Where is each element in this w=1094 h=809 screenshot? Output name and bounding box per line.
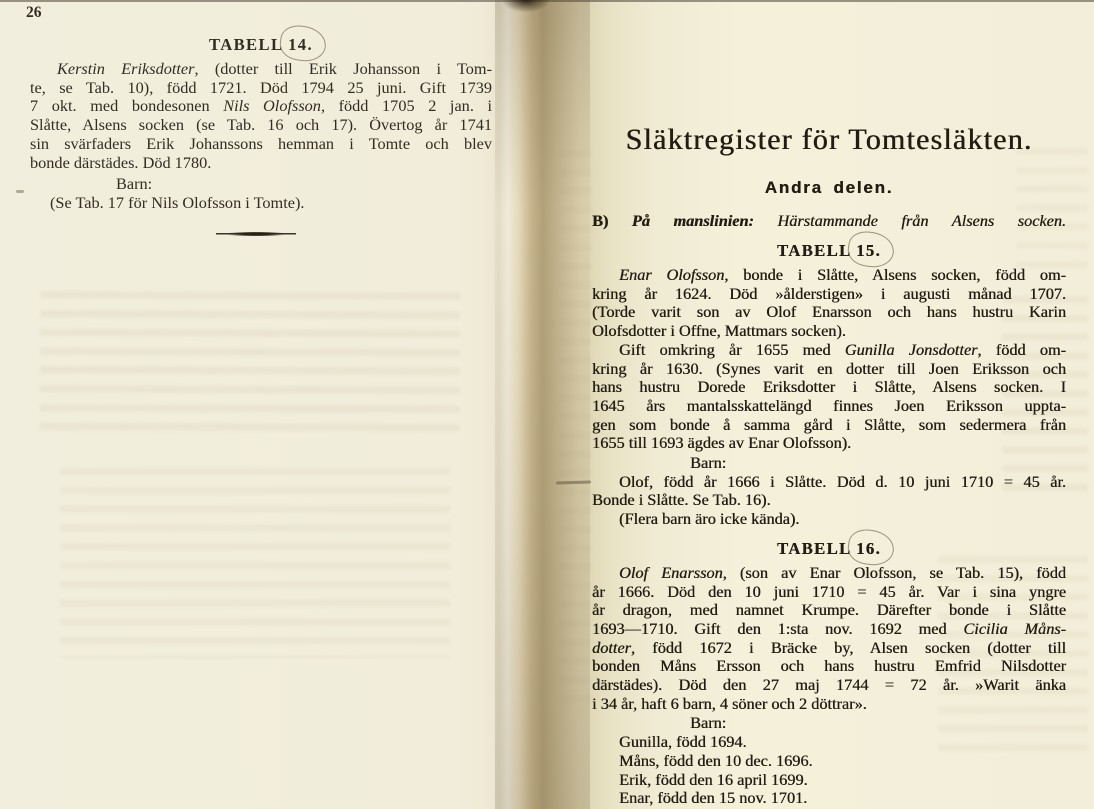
text-segment: TABELL <box>777 539 856 558</box>
text-segment: te, se Tab. 10), född 1721. Död 1794 25 … <box>30 78 492 97</box>
text-segment: Enar, född den 15 nov. 1701. <box>619 788 807 807</box>
section-divider <box>216 232 296 236</box>
text-segment: Slåtte, Alsens socken (se Tab. 16 och 17… <box>30 115 492 134</box>
text-segment: Olof, född år 1666 i Slåtte. Död d. 10 j… <box>619 472 1066 491</box>
book-gutter-shadow <box>495 0 590 809</box>
text-line: bonde därstädes. Död 1780. <box>30 154 492 173</box>
text-segment: sin svärfaders Erik Johanssons hemman i … <box>30 134 492 153</box>
tabell-16-children: Gunilla, född 1694.Måns, född den 10 dec… <box>592 733 1066 808</box>
tabell-16-heading: TABELL 16. <box>592 538 1066 559</box>
gutter-top-shadow <box>500 0 552 16</box>
text-segment <box>754 211 778 230</box>
text-segment: Bonde i Slåtte. Se Tab. 16). <box>592 490 771 509</box>
tabell-14-text: Kerstin Eriksdotter, (dotter till Erik J… <box>30 60 492 172</box>
text-segment: i 34 år, haft 6 barn, 4 söner och 2 dött… <box>592 694 867 713</box>
text-segment: , född 1705 2 jan. i <box>321 96 492 115</box>
barn-note-14: (Se Tab. 17 för Nils Olofsson i Tomte). <box>30 194 492 213</box>
text-line: 1645 års mantalsskattelängd finnes Joen … <box>592 397 1066 416</box>
showthrough-ghost-text <box>40 291 461 442</box>
text-line: år dragon, med namnet Krumpe. Därefter b… <box>592 601 1066 620</box>
text-segment: därstädes). Död den 27 maj 1744 = 72 år.… <box>592 675 1066 694</box>
text-line: (Se Tab. 17 för Nils Olofsson i Tomte). <box>30 194 492 213</box>
text-line: Gunilla, född 1694. <box>592 733 1066 752</box>
text-segment: Kerstin Eriksdotter <box>57 59 195 78</box>
text-segment: (Torde varit son av Olof Enarsson och ha… <box>592 302 1066 321</box>
text-segment: Enar Olofsson <box>619 265 724 284</box>
text-segment: 1645 års mantalsskattelängd finnes Joen … <box>592 396 1066 415</box>
text-line: kring år 1630. (Synes varit en dotter ti… <box>592 360 1066 379</box>
text-segment: TABELL <box>209 35 288 54</box>
text-segment: år dragon, med namnet Krumpe. Därefter b… <box>592 600 1066 619</box>
showthrough-ghost-text <box>60 468 450 658</box>
text-segment: Gift omkring år 1655 med <box>619 340 845 359</box>
text-line: Enar, född den 15 nov. 1701. <box>592 789 1066 808</box>
text-line: Kerstin Eriksdotter, (dotter till Erik J… <box>30 60 492 79</box>
barn-label-16: Barn: <box>690 714 1066 733</box>
left-page-text-column: TABELL 14.Kerstin Eriksdotter, (dotter t… <box>30 28 492 236</box>
text-line: Olof, född år 1666 i Slåtte. Död d. 10 j… <box>592 473 1066 492</box>
text-segment: , bonde i Slåtte, Alsens socken, född om… <box>724 265 1066 284</box>
lineage-heading: B) På manslinien: Härstammande från Alse… <box>592 211 1066 231</box>
text-segment: bonde därstädes. Död 1780. <box>30 153 211 172</box>
circled-table-number: 15. <box>856 240 881 261</box>
tabell-15-text-1: Enar Olofsson, bonde i Slåtte, Alsens so… <box>592 266 1066 341</box>
text-line: därstädes). Död den 27 maj 1744 = 72 år.… <box>592 676 1066 695</box>
barn-label-15: Barn: <box>690 454 1066 473</box>
text-line: i 34 år, haft 6 barn, 4 söner och 2 dött… <box>592 695 1066 714</box>
text-segment: kring år 1630. (Synes varit en dotter ti… <box>592 359 1066 378</box>
text-segment: (Flera barn äro icke kända). <box>619 509 799 528</box>
text-segment: (Se Tab. 17 för Nils Olofsson i Tomte). <box>50 193 304 212</box>
text-segment: Nils Olofsson <box>223 96 321 115</box>
tabell-14-heading: TABELL 14. <box>30 34 492 55</box>
text-line: bonden Måns Ersson och hans hustru Emfri… <box>592 657 1066 676</box>
pencil-margin-dot <box>16 190 24 193</box>
text-line: sin svärfaders Erik Johanssons hemman i … <box>30 135 492 154</box>
text-segment: TABELL <box>777 241 856 260</box>
text-segment: gen som bonde å samma gård i Slåtte, som… <box>592 415 1066 434</box>
text-line: Slåtte, Alsens socken (se Tab. 16 och 17… <box>30 116 492 135</box>
text-line: 1655 till 1693 ägdes av Enar Olofsson). <box>592 434 1066 453</box>
text-segment: Måns, född den 10 dec. 1696. <box>619 751 813 770</box>
tabell-15-text-2: Gift omkring år 1655 med Gunilla Jonsdot… <box>592 341 1066 453</box>
text-line: (Flera barn äro icke kända). <box>592 510 1066 529</box>
text-segment: Erik, född den 16 april 1699. <box>619 770 808 789</box>
text-line: kring år 1624. Död »ålderstigen» i augus… <box>592 285 1066 304</box>
text-segment: Gunilla, född 1694. <box>619 732 747 751</box>
part-subtitle: Andra delen. <box>592 178 1066 198</box>
text-segment: Härstammande från Alsens socken. <box>777 211 1066 230</box>
text-line: Gift omkring år 1655 med Gunilla Jonsdot… <box>592 341 1066 360</box>
tabell-15-heading: TABELL 15. <box>592 240 1066 261</box>
text-line: (Torde varit son av Olof Enarsson och ha… <box>592 303 1066 322</box>
text-segment: hans hustru Dorede Eriksdotter i Slåtte,… <box>592 377 1066 396</box>
circled-table-number: 14. <box>288 34 313 55</box>
text-line: Enar Olofsson, bonde i Slåtte, Alsens so… <box>592 266 1066 285</box>
text-segment: 7 okt. med bondesonen <box>30 96 223 115</box>
barn-label-14: Barn: <box>116 175 492 194</box>
showthrough-ghost-text <box>560 150 592 710</box>
text-line: Olof Enarsson, (son av Enar Olofsson, se… <box>592 564 1066 583</box>
page-number: 26 <box>26 4 42 22</box>
text-segment: , född 1672 i Bräcke by, Alsen socken (d… <box>631 638 1066 657</box>
right-page-text-column: Släktregister för Tomtesläkten.Andra del… <box>592 0 1066 808</box>
text-segment: , (dotter till Erik Johansson i Tom- <box>195 59 493 78</box>
text-segment: Cicilia Måns- <box>963 619 1066 638</box>
text-line: te, se Tab. 10), född 1721. Död 1794 25 … <box>30 79 492 98</box>
text-segment: dotter <box>592 638 631 657</box>
text-line: Måns, född den 10 dec. 1696. <box>592 752 1066 771</box>
text-segment: På manslinien: <box>632 211 754 230</box>
tabell-16-text: Olof Enarsson, (son av Enar Olofsson, se… <box>592 564 1066 714</box>
text-segment: Olof Enarsson <box>619 563 723 582</box>
text-segment: Olofsdotter i Offne, Mattmars socken). <box>592 321 846 340</box>
text-line: Bonde i Slåtte. Se Tab. 16). <box>592 491 1066 510</box>
text-segment: 1655 till 1693 ägdes av Enar Olofsson). <box>592 433 851 452</box>
text-segment: , född om- <box>977 340 1066 359</box>
text-segment: B) <box>592 211 632 230</box>
text-line: 1693—1710. Gift den 1:sta nov. 1692 med … <box>592 620 1066 639</box>
text-segment: år 1666. Död den 10 juni 1710 = 45 år. V… <box>592 582 1066 601</box>
tabell-15-children: Olof, född år 1666 i Slåtte. Död d. 10 j… <box>592 473 1066 529</box>
text-line: 7 okt. med bondesonen Nils Olofsson, föd… <box>30 97 492 116</box>
text-segment: , (son av Enar Olofsson, se Tab. 15), fö… <box>723 563 1066 582</box>
text-segment: bonden Måns Ersson och hans hustru Emfri… <box>592 656 1066 675</box>
text-segment: 1693—1710. Gift den 1:sta nov. 1692 med <box>592 619 963 638</box>
text-line: hans hustru Dorede Eriksdotter i Slåtte,… <box>592 378 1066 397</box>
text-line: år 1666. Död den 10 juni 1710 = 45 år. V… <box>592 583 1066 602</box>
circled-table-number: 16. <box>856 538 881 559</box>
text-segment: kring år 1624. Död »ålderstigen» i augus… <box>592 284 1066 303</box>
text-line: Erik, född den 16 april 1699. <box>592 771 1066 790</box>
pencil-margin-dash <box>556 480 591 484</box>
register-title: Släktregister för Tomtesläkten. <box>592 122 1066 158</box>
text-line: Olofsdotter i Offne, Mattmars socken). <box>592 322 1066 341</box>
text-segment: Gunilla Jonsdotter <box>845 340 978 359</box>
text-line: gen som bonde å samma gård i Slåtte, som… <box>592 416 1066 435</box>
text-line: dotter, född 1672 i Bräcke by, Alsen soc… <box>592 639 1066 658</box>
